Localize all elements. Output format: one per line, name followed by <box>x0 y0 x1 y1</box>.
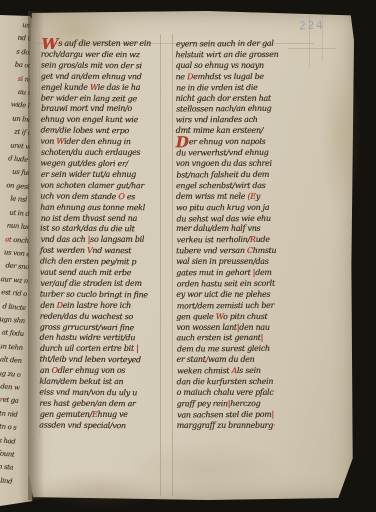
manuscript-text-line: klam/dem bekut ist an <box>39 377 161 388</box>
manuscript-text-line: uret ga <box>0 393 19 409</box>
manuscript-text-line: dmt mime kan ersteen/ <box>176 126 312 137</box>
manuscript-text-line: roch/dargu wer die ein wz <box>41 50 163 61</box>
ink-text: van sachsen stel die pom <box>177 410 271 420</box>
ink-text: han ehnung aus tonne mekl <box>40 202 145 211</box>
manuscript-text-line: ne Demhdst vs lugal be <box>175 71 311 82</box>
ink-text: at fodu <box>1 329 24 339</box>
ink-text: brauwi mort vnd mein/o <box>41 104 132 113</box>
manuscript-text-line: die lind <box>0 473 13 489</box>
manuscript-text-line: marggraff zu branneburg· <box>177 421 313 432</box>
manuscript-text-line: hnug zu o <box>0 366 21 382</box>
manuscript-text-line: reden/das du wachest so <box>40 311 162 322</box>
ink-text: so langsam bil <box>90 235 144 244</box>
ink-text: vaut send auch mit erbe <box>40 268 131 277</box>
manuscript-text-line: engel schenbst/wirt das <box>176 181 312 192</box>
ink-text: oncht <box>11 235 31 245</box>
manuscript-text-line: st alt den <box>0 352 22 368</box>
ink-text: nicht gach dor ersten hat <box>176 94 271 103</box>
manuscript-text-line: at fodu <box>0 326 24 342</box>
column-ruling-line <box>172 34 173 496</box>
manuscript-text-line: guttn nid <box>0 406 18 422</box>
manuscript-text-line: verkeu ist nerholin/Rude <box>176 235 312 247</box>
rubric-mark: W <box>216 312 223 321</box>
manuscript-text-line: dem/die lobes wnt erpo <box>40 126 162 138</box>
ink-text: augn shn <box>0 315 25 325</box>
manuscript-text-line: tubere vnd versan Chmstu <box>176 246 312 257</box>
ink-text: ider den ehnug in <box>64 137 131 146</box>
manuscript-text-line: bst/nach falsheit du dem <box>176 169 312 181</box>
ink-text: s auf die versten wer ein <box>58 39 151 48</box>
manuscript-text-line: engel kunde Wie das ie ha <box>41 83 163 94</box>
ink-text: engel schenbst/wirt das <box>176 181 266 190</box>
ink-text: at den w <box>0 382 20 392</box>
ink-text: mort/dem zemisti uch ber <box>177 301 274 311</box>
ink-text: guttn nid <box>0 408 18 418</box>
ink-text: dich den ersten pey/mit p <box>40 257 136 267</box>
ink-text: ehnug von engel kunt wie <box>40 115 137 124</box>
rubric-mark: | <box>136 344 138 353</box>
ink-text: marggraff zu branneburg <box>177 421 273 430</box>
manuscript-text-line: wo pitu auch krug von ja <box>176 202 312 213</box>
manuscript-text-line: des had <box>0 433 16 449</box>
manuscript-text-line: ne in die vrden ist die <box>176 82 312 94</box>
ink-text: hmstu <box>253 246 277 255</box>
ink-text: ber wider ein lang zeit ge <box>41 93 137 103</box>
ink-text: von wossen lant <box>176 323 236 332</box>
manuscript-text-line: dich den ersten pey/mit p <box>40 257 162 269</box>
ink-text: qual so ehnug vs noayn <box>175 61 263 70</box>
manuscript-photo: us p lsstnd thousis dornn eba oder nsi n… <box>0 0 376 512</box>
manuscript-text-line: von Wider den ehnug in <box>40 137 162 148</box>
ink-text: graff pey rein <box>177 399 228 408</box>
ink-text: hu fount <box>0 449 15 459</box>
ink-text: nun luci <box>6 221 32 231</box>
ink-text: du sehst wal das wie ehu <box>176 213 270 223</box>
ink-text: tubere vnd versan <box>176 246 247 255</box>
manuscript-text-line: wegen gut/des glori er/ <box>40 158 162 170</box>
ink-text: turber so cuclo bringt in fine <box>40 289 148 299</box>
ink-text: ern sta <box>0 462 13 472</box>
manuscript-text-line: vnd das ach |so langsam bil <box>40 235 162 246</box>
ink-text: mer dalu/dem half vns <box>176 224 260 233</box>
manuscript-text-line: turber so cuclo bringt in fine <box>40 289 162 301</box>
ink-text: hnug zu o <box>0 368 21 378</box>
manuscript-text-line: us von e <box>0 246 30 262</box>
ink-text: ls sein <box>237 366 261 375</box>
manuscript-text-line: von wossen lant|den nau <box>176 323 312 334</box>
ink-text: dem du me surest gleich <box>177 344 270 354</box>
rubric-mark: | <box>261 333 263 342</box>
ink-text: klam/dem bekut ist an <box>39 377 123 386</box>
ink-text: wo pitu auch krug von ja <box>176 203 269 212</box>
ink-text: ey wor uict die ne plehes <box>176 290 270 299</box>
manuscript-text-line: gen gemuten/Ehnug ve <box>40 410 162 421</box>
ink-text: ein lastre hore ich <box>63 301 131 310</box>
ink-text: den <box>40 301 56 310</box>
ink-text: von vngoen du das schrei <box>176 159 272 168</box>
manuscript-text-line: weken chmist Als sein <box>177 366 313 378</box>
ink-text: gun tehn <box>0 342 23 352</box>
rubric-initial: W <box>41 35 57 53</box>
ink-text: des had <box>0 435 16 445</box>
ink-text: o maiuch chalu vere pfalc <box>177 388 274 397</box>
ink-text: eyern sein auch in der gal <box>176 39 274 49</box>
manuscript-text-line: tht/leib vnd leben vorteyed <box>39 355 161 367</box>
ink-text: ie das ie ha <box>98 83 141 92</box>
ink-text: vnd das ach <box>40 235 87 244</box>
manuscript-text-line: Der ehnug von napols <box>176 137 312 148</box>
ink-text: du verwerhst/vnd ehnug <box>176 148 268 158</box>
manuscript-text-line: gen quele Wo pitn chust <box>176 311 312 322</box>
ink-text: er ehnug von napols <box>189 137 266 146</box>
ink-text: gen quele <box>176 312 215 321</box>
ink-text: den hastu widre vertit/du <box>40 333 136 342</box>
manuscript-text-line: van sachsen stel die pom| <box>177 409 313 421</box>
ink-text: dler ehnug von os <box>58 366 125 375</box>
ink-text: ist so stark/das du die ult <box>40 224 135 234</box>
ink-text: est rid o <box>1 288 27 298</box>
manuscript-text-line: assden vnd special/von <box>39 420 161 432</box>
ink-text: gen gemuten/ <box>40 410 92 419</box>
manuscript-text-line: wirs vnd inlandes ach <box>176 115 312 126</box>
manuscript-text-line: schoten/du auch erdauges <box>41 148 163 159</box>
ink-text: er stant <box>176 355 205 364</box>
ink-text: er sein wider tut/a ehnug <box>41 170 136 179</box>
ink-text: wirs vnd inlandes ach <box>176 115 258 124</box>
ink-text: der sno <box>5 262 29 272</box>
ink-text: aur wz n <box>0 275 28 285</box>
rubric-mark: W <box>56 137 64 146</box>
manuscript-text-line: an Odler ehnug von os <box>40 366 162 377</box>
ink-text: gates mut in gehort <box>176 268 253 277</box>
ink-text: nd wanest <box>92 246 131 255</box>
ink-text: von <box>40 137 56 146</box>
manuscript-text-line: dan die kurfursten schein <box>176 377 312 388</box>
ink-text: reden/das du wachest so <box>40 311 133 320</box>
ink-text: bst/nach falsheit du dem <box>176 170 269 180</box>
ink-text: den nau <box>239 323 269 332</box>
ink-text: res hast geben/an dem ar <box>39 399 135 408</box>
ink-text: an <box>40 366 52 375</box>
ink-text: helstuit wirt an die grossen <box>175 50 278 59</box>
manuscript-text-line: von vngoen du das schrei <box>176 159 312 170</box>
manuscript-text-line: ey wor uict die ne plehes <box>176 290 312 301</box>
manuscript-text-line: ern sta <box>0 459 14 475</box>
manuscript-text-line: eyern sein auch in der gal <box>176 38 312 50</box>
manuscript-text-line: gates mut in gehort |dem <box>176 268 312 279</box>
folio-number: 224 <box>299 19 325 33</box>
manuscript-text-line: er sein wider tut/a ehnug <box>41 170 163 181</box>
manuscript-text-line: graff pey rein|herczog <box>177 399 313 410</box>
ink-text: no ist dem thvast send na <box>41 214 137 223</box>
manuscript-text-line: est rid o <box>0 286 27 302</box>
manuscript-text-line: res hast geben/an dem ar <box>39 399 161 410</box>
ink-text: schoten/du auch erdauges <box>41 148 140 157</box>
ink-text: st alt den <box>0 355 22 365</box>
manuscript-text-line: dem wriss mt nele (Ey <box>176 192 312 203</box>
rubric-mark: (E <box>247 192 255 201</box>
manuscript-text-line: ver/auf die stroden ist dem <box>40 279 162 290</box>
ink-text: engel kunde <box>41 83 90 92</box>
ink-text: ne in die vrden ist die <box>176 83 257 93</box>
ink-text: die lind <box>0 476 12 486</box>
ink-text: wal sien in preussen/das <box>176 257 268 266</box>
ink-text: sein gros/als mit von der si <box>41 60 142 70</box>
ink-text: dem wriss mt nele <box>176 192 247 201</box>
manuscript-text-line: durch uil corten ertre bit | <box>40 344 162 355</box>
ink-text: emhdst vs lugal be <box>193 72 264 81</box>
rubric-mark: | <box>271 410 273 419</box>
manuscript-text-line: qual so ehnug vs noayn <box>175 61 311 72</box>
manuscript-text-line: mort/dem zemisti uch ber <box>177 300 313 312</box>
ink-text: ver/auf die stroden ist dem <box>40 279 141 288</box>
ink-text: ne <box>175 72 187 81</box>
ink-text: hnug ve <box>97 410 127 419</box>
manuscript-text-line: stellossen nach/an ehnug <box>176 104 312 116</box>
ink-text: dem <box>255 268 271 277</box>
ink-text: stellossen nach/an ehnug <box>176 104 271 114</box>
ink-text: es <box>124 192 135 201</box>
ink-text: us von e <box>4 248 31 258</box>
ink-text: orden hastu seit ein scorlt <box>177 279 275 289</box>
ink-text: von schoten clamer gut/har <box>40 181 144 190</box>
ink-text: et ga <box>2 396 18 405</box>
ink-text: dan die kurfursten schein <box>176 377 273 386</box>
ink-text: weken chmist <box>177 366 232 375</box>
manuscript-text-line: helstuit wirt an die grossen <box>175 50 311 61</box>
manuscript-text-line: at den w <box>0 379 20 395</box>
manuscript-text-line: den Dein lastre hore ich <box>40 301 162 312</box>
manuscript-text-line: o maiuch chalu vere pfalc <box>177 388 313 399</box>
manuscript-text-line: du verwerhst/vnd ehnug <box>176 148 312 160</box>
manuscript-text-line: wetn o s <box>0 419 17 435</box>
ink-text: fost werden <box>40 246 87 255</box>
ink-text: eiss vnd man/von du uly u <box>39 388 137 398</box>
ink-text: herczog <box>230 399 260 408</box>
manuscript-text-line: uch von dem stande O es <box>40 191 162 203</box>
manuscript-text-line: er stant/wam du den <box>176 355 312 366</box>
ink-text: dem/die lobes wnt erpo <box>40 126 129 136</box>
manuscript-text-line: vaut send auch mit erbe <box>40 268 162 279</box>
text-column-right: eyern sein auch in der galhelstuit wirt … <box>175 39 312 432</box>
manuscript-text-line: sein gros/als mit von der si <box>41 60 163 72</box>
ink-text: o pitn chust <box>223 312 267 321</box>
ink-text: verkeu ist nerholin/ <box>176 235 249 245</box>
ink-text: y <box>256 192 260 201</box>
ink-text: wetn o s <box>0 422 17 432</box>
ink-text: durch uil corten ertre bit <box>40 344 136 353</box>
ink-text: uch von dem stande <box>40 191 118 201</box>
ink-text: wegen gut/des glori er/ <box>40 158 128 168</box>
manuscript-text-line: Ws auf die versten wer ein <box>41 39 163 50</box>
manuscript-text-line: hu fount <box>0 446 15 462</box>
ink-text: gross grrucurst/wari fine <box>40 322 134 332</box>
manuscript-text-line: brauwi mort vnd mein/o <box>41 104 163 115</box>
manuscript-text-line: get vnd an/dem ehnug vnd <box>41 71 163 82</box>
ink-text: tht/leib vnd leben vorteyed <box>39 355 140 365</box>
manuscript-text-line: eiss vnd man/von du uly u <box>39 388 161 400</box>
manuscript-text-line: han ehnung aus tonne mekl <box>40 202 162 213</box>
manuscript-text-line: gross grrucurst/wari fine <box>40 322 162 334</box>
text-column-left: Ws auf die versten wer einroch/dargu wer… <box>39 39 163 432</box>
ink-text: auch ersten ist genant <box>176 333 260 342</box>
ink-text: assden vnd special/von <box>39 420 126 430</box>
ink-text: d lincte <box>2 302 26 312</box>
manuscript-text-line: von schoten clamer gut/har <box>40 181 162 192</box>
ink-text: ude <box>256 235 270 244</box>
ink-text: dmt mime kan ersteen/ <box>176 126 263 135</box>
manuscript-text-line: wal sien in preussen/das <box>176 257 312 268</box>
rubric-mark: · <box>273 421 275 430</box>
ink-text: get vnd an/dem ehnug vnd <box>41 71 142 80</box>
ink-text: wam du den <box>208 355 254 364</box>
manuscript-text-line: den hastu widre vertit/du <box>40 333 162 344</box>
manuscript-text-line: orden hastu seit ein scorlt <box>177 278 313 290</box>
